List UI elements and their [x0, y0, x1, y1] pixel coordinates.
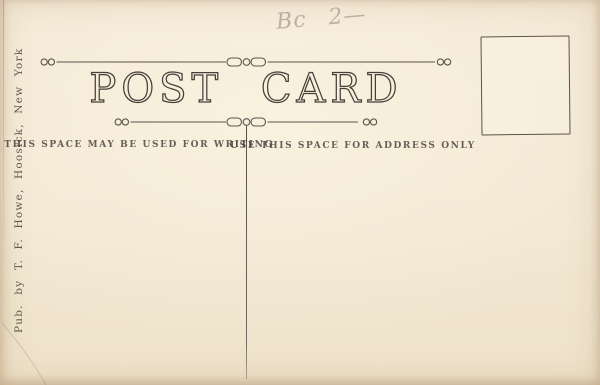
corner-crease	[0, 315, 70, 385]
postcard-back: Bc2— POST CARD THIS SPACE MAY BE USED FO…	[0, 0, 600, 385]
pencil-note-part1: Bc	[275, 7, 308, 35]
pencil-annotation: Bc2—	[275, 2, 367, 35]
card-edge-line	[3, 0, 4, 239]
address-space-label: USE THIS SPACE FOR ADDRESS ONLY	[230, 141, 476, 151]
center-divider-line	[246, 126, 247, 379]
publisher-imprint: Pub. by T. F. Howe, Hoosick, New York	[13, 48, 25, 333]
pencil-note-part2: 2—	[327, 2, 367, 30]
postcard-title: POST CARD	[89, 66, 402, 112]
stamp-box	[480, 36, 570, 136]
